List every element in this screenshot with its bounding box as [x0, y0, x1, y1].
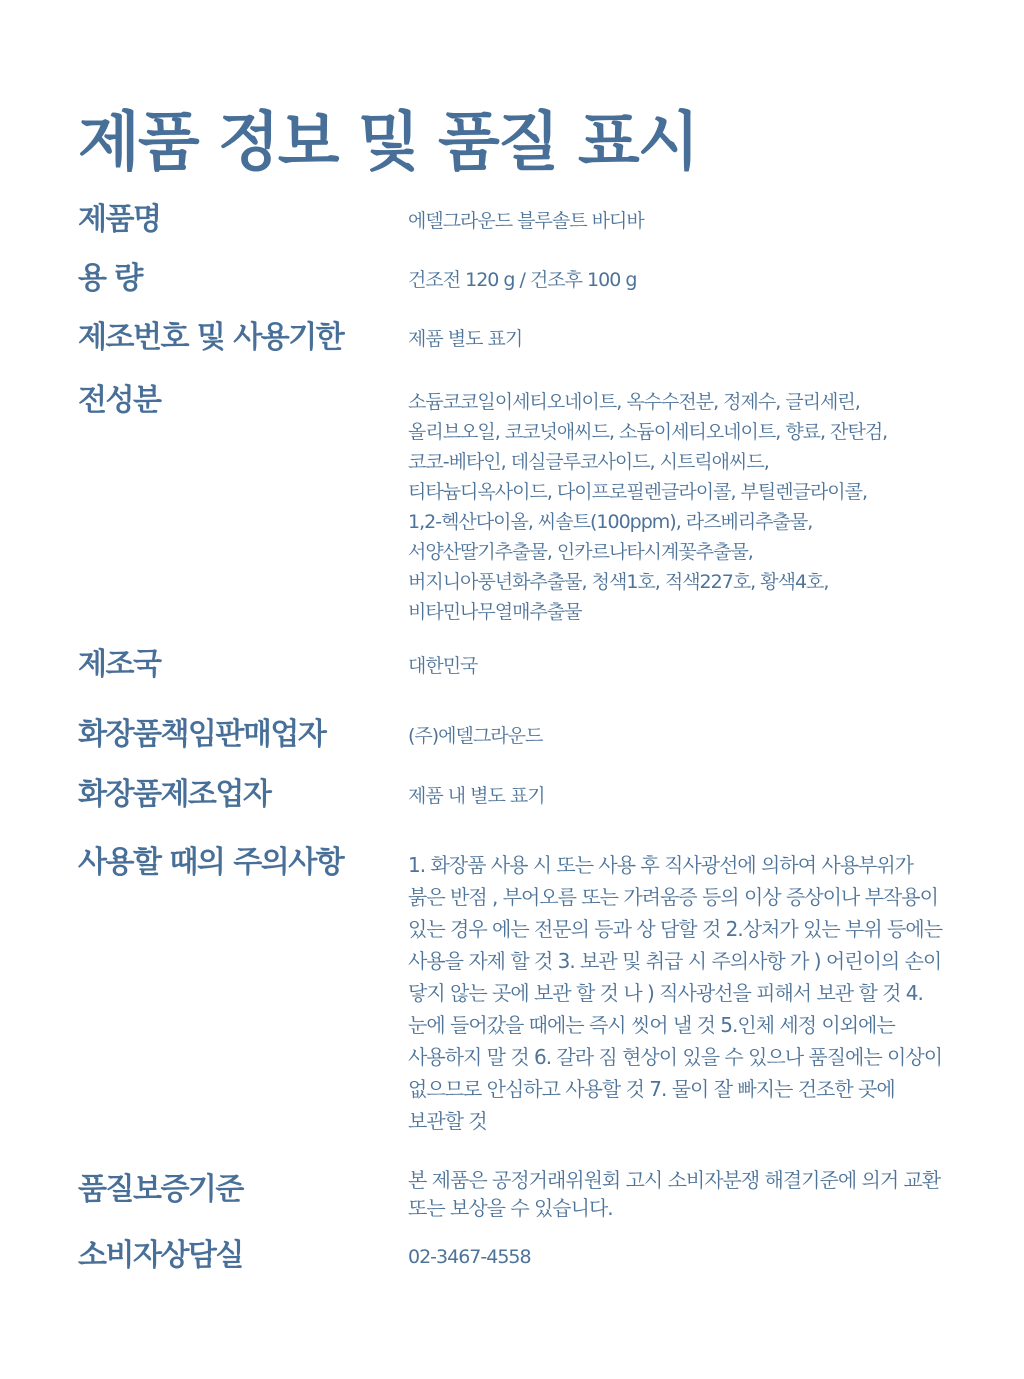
ingredients-line: 소듐코코일이세티오네이트, 옥수수전분, 정제수, 글리세린, [408, 387, 998, 417]
ingredients-line: 티타늄디옥사이드, 다이프로필렌글라이콜, 부틸렌글라이콜, [408, 477, 998, 507]
precautions-line: 붉은 반점 , 부어오름 또는 가려움증 등의 이상 증상이나 부작용이 [408, 881, 998, 913]
precautions-line: 있는 경우 에는 전문의 등과 상 담할 것 2.상처가 있는 부위 등에는 [408, 913, 998, 945]
label-country: 제조국 [78, 645, 160, 685]
value-distributor: (주)에델그라운드 [408, 721, 998, 751]
precautions-line: 눈에 들어갔을 때에는 즉시 씻어 낼 것 5.인체 세정 이외에는 [408, 1009, 998, 1041]
ingredients-line: 1,2-헥산다이올, 씨솔트(100ppm), 라즈베리추출물, [408, 507, 998, 537]
precautions-line: 닿지 않는 곳에 보관 할 것 나 ) 직사광선을 피해서 보관 할 것 4. [408, 977, 998, 1009]
ingredients-line: 버지니아풍년화추출물, 청색1호, 적색227호, 황색4호, [408, 567, 998, 597]
page-title: 제품 정보 및 품질 표시 [78, 101, 698, 185]
label-distributor: 화장품책임판매업자 [78, 715, 325, 755]
label-customer-service: 소비자상담실 [78, 1236, 243, 1276]
ingredients-line: 코코-베타인, 데실글루코사이드, 시트릭애씨드, [408, 447, 998, 477]
label-product-name: 제품명 [78, 200, 160, 240]
label-quality-guarantee: 품질보증기준 [78, 1170, 243, 1210]
label-precautions: 사용할 때의 주의사항 [78, 843, 343, 883]
value-precautions: 1. 화장품 사용 시 또는 사용 후 직사광선에 의하여 사용부위가 붉은 반… [408, 849, 998, 1137]
value-customer-service-phone: 02-3467-4558 [408, 1242, 998, 1272]
precautions-line: 없으므로 안심하고 사용할 것 7. 물이 잘 빠지는 건조한 곳에 [408, 1073, 998, 1105]
value-lot-expiry: 제품 별도 표기 [408, 324, 998, 354]
value-quality-guarantee: 본 제품은 공정거래위원회 고시 소비자분쟁 해결기준에 의거 교환 또는 보상… [408, 1166, 998, 1222]
quality-guarantee-line: 또는 보상을 수 있습니다. [408, 1194, 998, 1222]
value-product-name: 에델그라운드 블루솔트 바디바 [408, 206, 998, 236]
precautions-line: 사용을 자제 할 것 3. 보관 및 취급 시 주의사항 가 ) 어린이의 손이 [408, 945, 998, 977]
label-manufacturer: 화장품제조업자 [78, 775, 270, 815]
value-volume: 건조전 120 g / 건조후 100 g [408, 265, 998, 295]
precautions-line: 1. 화장품 사용 시 또는 사용 후 직사광선에 의하여 사용부위가 [408, 849, 998, 881]
label-volume: 용 량 [78, 259, 142, 299]
ingredients-line: 서양산딸기추출물, 인카르나타시계꽃추출물, [408, 537, 998, 567]
ingredients-line: 비타민나무열매추출물 [408, 597, 998, 627]
quality-guarantee-line: 본 제품은 공정거래위원회 고시 소비자분쟁 해결기준에 의거 교환 [408, 1166, 998, 1194]
value-country: 대한민국 [408, 651, 998, 681]
label-ingredients: 전성분 [78, 381, 160, 421]
value-ingredients: 소듐코코일이세티오네이트, 옥수수전분, 정제수, 글리세린, 올리브오일, 코… [408, 387, 998, 627]
ingredients-line: 올리브오일, 코코넛애씨드, 소듐이세티오네이트, 향료, 잔탄검, [408, 417, 998, 447]
precautions-line: 보관할 것 [408, 1105, 998, 1137]
precautions-line: 사용하지 말 것 6. 갈라 짐 현상이 있을 수 있으나 품질에는 이상이 [408, 1041, 998, 1073]
label-lot-expiry: 제조번호 및 사용기한 [78, 318, 343, 358]
value-manufacturer: 제품 내 별도 표기 [408, 781, 998, 811]
